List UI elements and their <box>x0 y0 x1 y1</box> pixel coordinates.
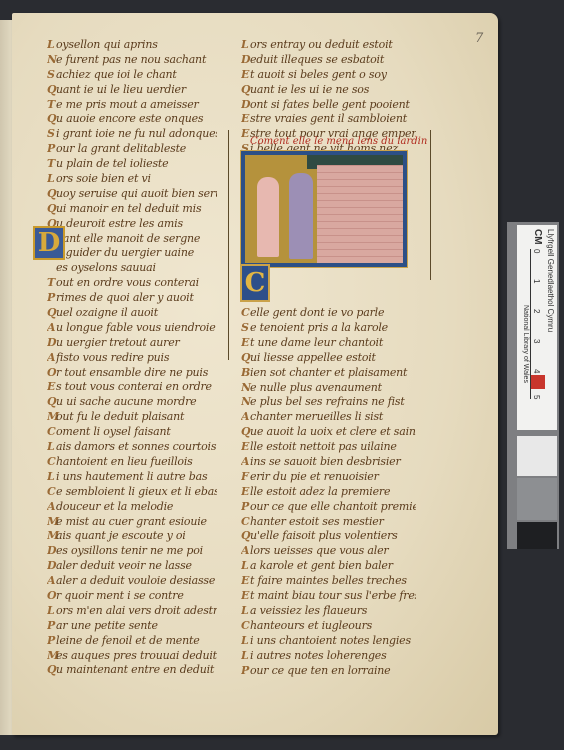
line-initial: Q <box>47 112 56 126</box>
line-initial: N <box>241 395 250 409</box>
line-text: es oyselons sauuai <box>56 261 156 274</box>
text-line: Te me pris mout a ameisser <box>47 98 217 113</box>
line-initial: E <box>241 112 250 126</box>
text-line: Que auoit la uoix et clere et saine <box>241 425 416 440</box>
line-text: achiez que ioi le chant <box>56 68 177 81</box>
line-text: es auques pres trouuai deduit <box>56 649 217 662</box>
text-line: Pour ce que ten en lorraine <box>241 664 416 679</box>
line-initial: L <box>241 559 250 573</box>
line-text: eduit illeques se esbatoit <box>250 53 384 66</box>
line-initial: P <box>47 634 56 648</box>
line-initial: P <box>47 291 56 305</box>
institution-welsh: Llyfrgell Genedlaethol Cymru <box>546 229 555 332</box>
line-initial: A <box>47 500 56 514</box>
line-text: e plus bel ses refrains ne fist <box>250 395 405 408</box>
line-initial: C <box>47 425 56 439</box>
line-text: r tout ensamble dire ne puis <box>56 366 208 379</box>
line-text: ont si fates belle gent pooient <box>250 98 410 111</box>
text-line: La karole et gent bien baler <box>241 559 416 574</box>
text-line: Qu auoie encore este onques <box>47 112 217 127</box>
text-line: Tu plain de tel iolieste <box>47 157 217 172</box>
text-line: Mes auques pres trouuai deduit <box>47 649 217 664</box>
text-line: Des oysillons tenir ne me poi <box>47 544 217 559</box>
text-line: Afisto vous redire puis <box>47 351 217 366</box>
line-initial: O <box>47 366 56 380</box>
line-text: u maintenant entre en deduit <box>56 663 214 676</box>
text-line: Achanter merueilles li sist <box>241 410 416 425</box>
text-line: Pour ce que elle chantoit premiere <box>241 500 416 515</box>
text-line: Me mist au cuer grant esiouie <box>47 515 217 530</box>
text-line: Qui liesse appellee estoit <box>241 351 416 366</box>
text-line: Ce sembloient li gieux et li ebas <box>47 485 217 500</box>
text-line: Daler deduit veoir ne lasse <box>47 559 217 574</box>
line-text: oysellon qui aprins <box>56 38 158 51</box>
line-text: out fu le deduit plaisant <box>56 410 184 423</box>
line-text: s tout vous conterai en ordre <box>56 380 212 393</box>
line-text: lle estoit adez la premiere <box>250 485 390 498</box>
line-initial: L <box>241 604 250 618</box>
line-initial: E <box>241 485 250 499</box>
folio-number: 7 <box>475 31 483 46</box>
text-line: Li autres notes loherenges <box>241 649 416 664</box>
text-line: Quel ozaigne il auoit <box>47 306 217 321</box>
line-initial: Q <box>241 425 250 439</box>
text-line: Bien sot chanter et plaisament <box>241 366 416 381</box>
text-line: Celle gent dont ie vo parle <box>241 306 416 321</box>
line-text: es oysillons tenir ne me poi <box>56 544 203 557</box>
text-line: Es tout vous conterai en ordre <box>47 380 217 395</box>
line-text: douceur et la melodie <box>56 500 173 513</box>
garden-wall <box>317 165 403 263</box>
line-initial: Q <box>47 663 56 677</box>
text-line: Se tenoient pris a la karole <box>241 321 416 336</box>
text-line: Or tout ensamble dire ne puis <box>47 366 217 381</box>
line-text: u deuroit estre les amis <box>56 217 183 230</box>
swatch-white <box>517 436 557 476</box>
line-initial: M <box>47 515 56 529</box>
line-initial: P <box>241 500 250 514</box>
text-line: La veissiez les flaueurs <box>241 604 416 619</box>
line-text: rimes de quoi aler y auoit <box>56 291 194 304</box>
line-text: e guider du uergier uaine <box>56 246 194 259</box>
line-initial: M <box>47 529 56 543</box>
line-text: our la grant delitableste <box>56 142 186 155</box>
line-text: ui manoir en tel deduit mis <box>56 202 201 215</box>
line-text: our ce que ten en lorraine <box>250 664 391 677</box>
text-line: Chanteours et iugleours <box>241 619 416 634</box>
line-initial: O <box>47 589 56 603</box>
line-text: u plain de tel iolieste <box>56 157 168 170</box>
text-column-left: Loysellon qui aprinsNe furent pas ne nou… <box>47 38 217 678</box>
decorated-initial-left: D <box>33 226 65 260</box>
line-text: ins se sauoit bien desbrisier <box>250 455 401 468</box>
line-text: u longue fable vous uiendroie <box>56 321 216 334</box>
text-line: Alors ueisses que vous aler <box>241 544 416 559</box>
line-initial: L <box>47 440 56 454</box>
line-text: ar une petite sente <box>56 619 158 632</box>
line-initial: M <box>47 649 56 663</box>
text-line: Pour la grant delitableste <box>47 142 217 157</box>
text-line: Dont si fates belle gent pooient <box>241 98 416 113</box>
line-initial: T <box>47 98 56 112</box>
line-text: hanteours et iugleours <box>250 619 372 632</box>
line-text: ue auoit la uoix et clere et saine <box>250 425 416 438</box>
text-line: Mout fu le deduit plaisant <box>47 410 217 425</box>
line-text: u ui sache aucune mordre <box>56 395 196 408</box>
text-line: Du uergier tretout aurer <box>47 336 217 351</box>
line-initial: E <box>241 440 250 454</box>
swatch-black <box>517 522 557 549</box>
text-line: Ferir du pie et renuoisier <box>241 470 416 485</box>
text-line: Et faire maintes belles treches <box>241 574 416 589</box>
text-line: Chanter estoit ses mestier <box>241 515 416 530</box>
line-initial: C <box>241 619 250 633</box>
line-text: ors entray ou deduit estoit <box>250 38 393 51</box>
text-line: Chantoient en lieu fueillois <box>47 455 217 470</box>
line-initial: S <box>241 321 250 335</box>
line-initial: Q <box>47 83 56 97</box>
line-text: hanter estoit ses mestier <box>250 515 384 528</box>
line-initial: D <box>47 336 56 350</box>
figure-lover <box>257 177 279 257</box>
line-initial: C <box>47 455 56 469</box>
line-text: out en ordre vous conterai <box>56 276 199 289</box>
line-initial: A <box>241 455 250 469</box>
line-initial: Q <box>241 83 250 97</box>
line-text: ais quant je escoute y oi <box>56 529 186 542</box>
line-text: uel ozaigne il auoit <box>56 306 158 319</box>
line-text: ors m'en alai vers droit adestre <box>56 604 217 617</box>
text-line: Quant elle manoit de sergne <box>47 232 217 247</box>
line-text: uant elle manoit de sergne <box>56 232 200 245</box>
text-column-right: Lors entray ou deduit estoitDeduit illeq… <box>241 38 416 678</box>
text-line: Qu maintenant entre en deduit <box>47 663 217 678</box>
line-text: stre vraies gent il sambloient <box>250 112 407 125</box>
line-text: ors soie bien et vi <box>56 172 151 185</box>
text-line: Coment li oysel faisant <box>47 425 217 440</box>
line-text: u auoie encore este onques <box>56 112 203 125</box>
line-initial: L <box>47 38 56 52</box>
line-text: aler deduit veoir ne lasse <box>56 559 192 572</box>
text-line: Quant ie ui le lieu uerdier <box>47 83 217 98</box>
line-initial: A <box>47 321 56 335</box>
line-initial: D <box>47 544 56 558</box>
text-line: Pleine de fenoil et de mente <box>47 634 217 649</box>
text-line: Quoy seruise qui auoit bien serui <box>47 187 217 202</box>
line-text: a karole et gent bien baler <box>250 559 393 572</box>
text-line: Sachiez que ioi le chant <box>47 68 217 83</box>
text-line: Par une petite sente <box>47 619 217 634</box>
line-text: i autres notes loherenges <box>250 649 387 662</box>
line-initial: M <box>47 410 56 424</box>
line-initial: L <box>47 172 56 186</box>
line-text: uant ie ui le lieu uerdier <box>56 83 186 96</box>
line-initial: L <box>47 604 56 618</box>
text-line: Estre vraies gent il sambloient <box>241 112 416 127</box>
line-text: t une dame leur chantoit <box>250 336 383 349</box>
line-text: e mist au cuer grant esiouie <box>56 515 207 528</box>
line-initial: C <box>241 306 250 320</box>
text-line: Lors entray ou deduit estoit <box>241 38 416 53</box>
line-initial: F <box>241 470 250 484</box>
line-text: lle estoit nettoit pas uilaine <box>250 440 397 453</box>
scale-label: CM <box>532 229 543 245</box>
text-line: Adouceur et la melodie <box>47 500 217 515</box>
line-initial: C <box>241 515 250 529</box>
line-initial: Q <box>47 187 56 201</box>
line-text: fisto vous redire puis <box>56 351 169 364</box>
line-initial: L <box>241 38 250 52</box>
institution-english: National Library of Wales <box>522 305 529 383</box>
text-line: Si grant ioie ne fu nul adonques <box>47 127 217 142</box>
text-line: Primes de quoi aler y auoit <box>47 291 217 306</box>
line-text: e tenoient pris a la karole <box>250 321 388 334</box>
text-line: Lais damors et sonnes courtois <box>47 440 217 455</box>
line-text: elle gent dont ie vo parle <box>250 306 384 319</box>
line-initial: B <box>241 366 250 380</box>
line-initial: Q <box>47 306 56 320</box>
text-line: Tout en ordre vous conterai <box>47 276 217 291</box>
line-text: uoy seruise qui auoit bien serui <box>56 187 217 200</box>
text-line: Li uns chantoient notes lengies <box>241 634 416 649</box>
line-initial: L <box>241 634 250 648</box>
text-line: Li uns hautement li autre bas <box>47 470 217 485</box>
text-line: Et maint biau tour sus l'erbe fresche <box>241 589 416 604</box>
line-text: u uergier tretout aurer <box>56 336 180 349</box>
line-initial: E <box>241 574 250 588</box>
line-text: lors ueisses que vous aler <box>250 544 388 557</box>
line-initial: P <box>47 619 56 633</box>
text-line: Et auoit si beles gent o soy <box>241 68 416 83</box>
figure-lady-idleness <box>289 173 313 259</box>
line-text: i uns chantoient notes lengies <box>250 634 411 647</box>
line-text: t auoit si beles gent o soy <box>250 68 387 81</box>
line-text: e sembloient li gieux et li ebas <box>56 485 217 498</box>
line-initial: L <box>47 470 56 484</box>
line-text: i uns hautement li autre bas <box>56 470 207 483</box>
line-initial: T <box>47 276 56 290</box>
text-line: es oyselons sauuai <box>47 261 217 276</box>
line-initial: D <box>47 559 56 573</box>
line-text: chanter merueilles li sist <box>250 410 383 423</box>
line-text: leine de fenoil et de mente <box>56 634 200 647</box>
marginal-vine-right <box>430 130 431 280</box>
line-text: uant ie les ui ie ne sos <box>250 83 369 96</box>
text-line: Lors m'en alai vers droit adestre <box>47 604 217 619</box>
line-text: a veissiez les flaueurs <box>250 604 367 617</box>
line-initial: T <box>47 157 56 171</box>
line-initial: A <box>241 410 250 424</box>
line-initial: S <box>47 68 56 82</box>
line-text: ien sot chanter et plaisament <box>250 366 407 379</box>
line-initial: A <box>47 351 56 365</box>
line-text: ui liesse appellee estoit <box>250 351 376 364</box>
line-text: our ce que elle chantoit premiere <box>250 500 416 513</box>
line-text: ais damors et sonnes courtois <box>56 440 216 453</box>
line-text: t maint biau tour sus l'erbe fresche <box>250 589 416 602</box>
miniature-illustration <box>240 150 408 268</box>
line-text: e nulle plus avenaument <box>250 381 382 394</box>
line-initial: Q <box>241 529 250 543</box>
line-initial: Q <box>47 202 56 216</box>
line-initial: P <box>241 664 250 678</box>
text-line: Deduit illeques se esbatoit <box>241 53 416 68</box>
text-line: Quant ie les ui ie ne sos <box>241 83 416 98</box>
text-line: Aaler a deduit vouloie desiasse <box>47 574 217 589</box>
line-initial: N <box>241 381 250 395</box>
line-initial: C <box>47 485 56 499</box>
line-text: hantoient en lieu fueillois <box>56 455 193 468</box>
text-line: Et une dame leur chantoit <box>241 336 416 351</box>
text-line: Lors soie bien et vi <box>47 172 217 187</box>
text-line: Mais quant je escoute y oi <box>47 529 217 544</box>
line-initial: Q <box>241 351 250 365</box>
line-initial: E <box>47 380 56 394</box>
text-line: Au longue fable vous uiendroie <box>47 321 217 336</box>
text-line: Qu ui sache aucune mordre <box>47 395 217 410</box>
text-line: Qu deuroit estre les amis <box>47 217 217 232</box>
line-text: oment li oysel faisant <box>56 425 171 438</box>
line-initial: P <box>47 142 56 156</box>
line-initial: D <box>241 53 250 67</box>
line-initial: A <box>241 544 250 558</box>
color-calibration-card: Llyfrgell Genedlaethol Cymru National Li… <box>507 222 559 549</box>
line-text: e me pris mout a ameisser <box>56 98 199 111</box>
line-text: erir du pie et renuoisier <box>250 470 379 483</box>
line-initial: Q <box>47 395 56 409</box>
rubric-caption: Coment elle le mena lens du iardin <box>250 136 427 147</box>
line-text: r quoir ment i se contre <box>56 589 184 602</box>
line-initial: E <box>241 127 250 141</box>
text-line: Or quoir ment i se contre <box>47 589 217 604</box>
text-line: Elle estoit adez la premiere <box>241 485 416 500</box>
line-initial: N <box>47 53 56 67</box>
line-text: u'elle faisoit plus volentiers <box>250 529 398 542</box>
marginal-vine-left <box>228 130 229 360</box>
swatch-grey <box>517 478 557 520</box>
llgc-logo <box>531 375 545 389</box>
line-text: e furent pas ne nou sachant <box>56 53 206 66</box>
line-text: t faire maintes belles treches <box>250 574 407 587</box>
text-line: Ne nulle plus avenaument <box>241 381 416 396</box>
text-line: Elle estoit nettoit pas uilaine <box>241 440 416 455</box>
line-initial: E <box>241 589 250 603</box>
line-initial: L <box>241 649 250 663</box>
line-initial: D <box>241 98 250 112</box>
text-line: Ne plus bel ses refrains ne fist <box>241 395 416 410</box>
text-line: Qu'elle faisoit plus volentiers <box>241 529 416 544</box>
line-initial: E <box>241 336 250 350</box>
historiated-initial-right: C <box>240 264 270 302</box>
line-initial: E <box>241 68 250 82</box>
line-initial: A <box>47 574 56 588</box>
text-line: Qui manoir en tel deduit mis <box>47 202 217 217</box>
text-line: Ne furent pas ne nou sachant <box>47 53 217 68</box>
text-line: Loysellon qui aprins <box>47 38 217 53</box>
line-text: i grant ioie ne fu nul adonques <box>56 127 217 140</box>
text-line: Ce guider du uergier uaine <box>47 246 217 261</box>
line-initial: S <box>47 127 56 141</box>
line-text: aler a deduit vouloie desiasse <box>56 574 215 587</box>
text-line: Ains se sauoit bien desbrisier <box>241 455 416 470</box>
